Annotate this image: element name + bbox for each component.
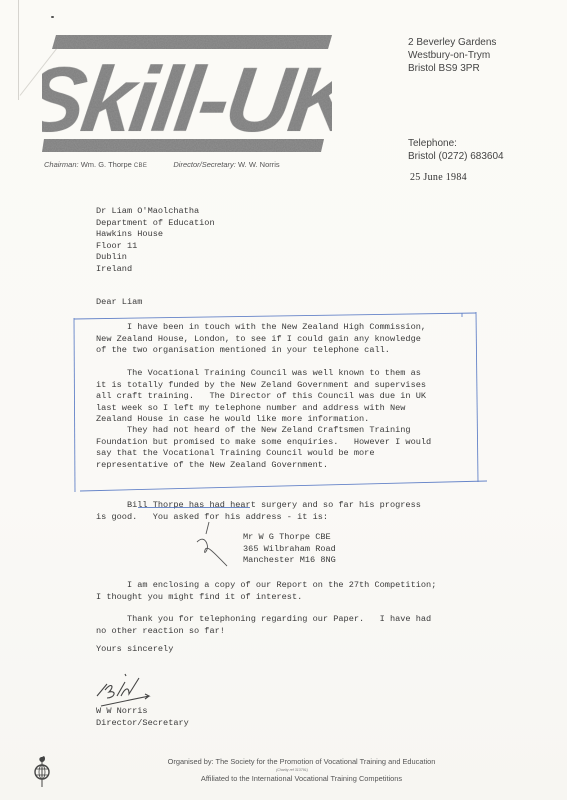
thorpe-address: Mr W G Thorpe CBE 365 Wilbraham Road Man… (243, 532, 336, 567)
footer-affiliation: Affiliated to the International Vocation… (0, 774, 567, 783)
address-line: Bristol BS9 3PR (408, 62, 496, 75)
sender-address: 2 Beverley Gardens Westbury-on-Trym Bris… (408, 36, 496, 75)
officers-line: Chairman: Wm. G. Thorpe CBE Director/Sec… (44, 160, 280, 169)
pen-underline (138, 507, 250, 508)
telephone-block: Telephone: Bristol (0272) 683604 (408, 137, 504, 163)
paragraph-3: They had not heard of the New Zeland Cra… (96, 425, 431, 471)
telephone-label: Telephone: (408, 137, 504, 150)
chairman-name: Wm. G. Thorpe (81, 160, 132, 169)
footer-charity-ref: (Charity ref 313791) (276, 768, 308, 772)
address-line: Westbury-on-Trym (408, 49, 496, 62)
recipient-address: Dr Liam O'Maolchatha Department of Educa… (96, 206, 215, 276)
chairman-suffix: CBE (134, 163, 147, 169)
paragraph-4: Bill Thorpe has had heart surgery and so… (96, 500, 421, 523)
paragraph-5: I am enclosing a copy of our Report on t… (96, 580, 436, 603)
closing: Yours sincerely (96, 644, 173, 656)
logo-graphic: Skill-UK (42, 35, 332, 153)
director-role: Director/Secretary: (173, 160, 236, 169)
paper-fold-line (18, 0, 19, 100)
telephone-number: Bristol (0272) 683604 (408, 150, 504, 163)
paragraph-2: The Vocational Training Council was well… (96, 368, 426, 426)
address-line: 2 Beverley Gardens (408, 36, 496, 49)
signatory-block: W W Norris Director/Secretary (96, 706, 189, 729)
paper-speck (51, 16, 54, 18)
pen-check-mark-icon (195, 520, 235, 568)
skill-uk-logo: Skill-UK (42, 35, 332, 153)
logo-wordmark: Skill-UK (42, 47, 332, 150)
salutation: Dear Liam (96, 297, 142, 309)
letter-date: 25 June 1984 (410, 172, 467, 183)
paragraph-6: Thank you for telephoning regarding our … (96, 614, 431, 637)
footer-organiser: Organised by: The Society for the Promot… (0, 757, 567, 766)
chairman-role: Chairman: (44, 160, 79, 169)
paragraph-1: I have been in touch with the New Zealan… (96, 322, 426, 357)
handwritten-signature (95, 672, 165, 708)
director-name: W. W. Norris (238, 160, 280, 169)
